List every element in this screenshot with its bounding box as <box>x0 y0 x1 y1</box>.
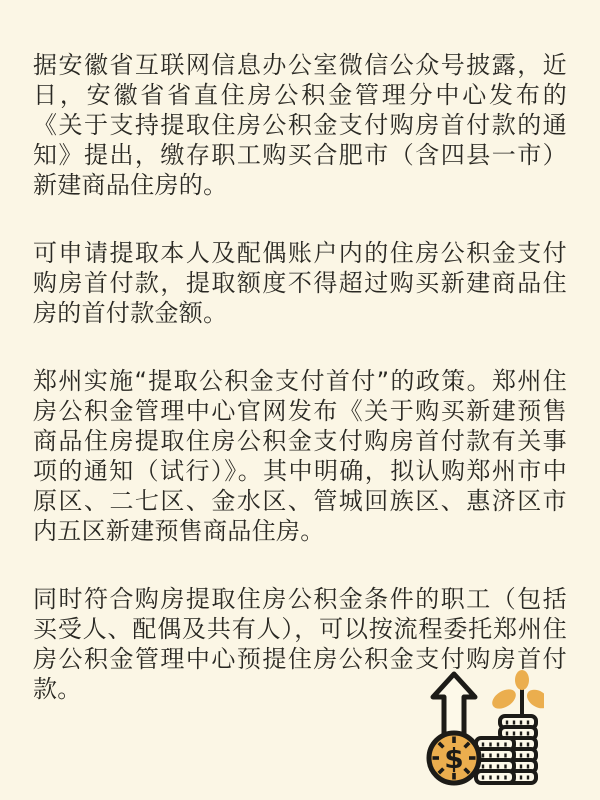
dollar-sign: $ <box>444 742 463 775</box>
sprout-icon <box>489 670 544 718</box>
dollar-coin-icon: $ <box>429 733 479 783</box>
article-body: 据安徽省互联网信息办公室微信公众号披露，近日，安徽省省直住房公积金管理分中心发布… <box>0 0 600 704</box>
money-growth-illustration: $ <box>426 670 544 786</box>
coin-stack-short <box>476 738 514 783</box>
paragraph-3: 郑州实施“提取公积金支付首付”的政策。郑州住房公积金管理中心官网发布《关于购买新… <box>33 366 567 546</box>
money-growth-svg: $ <box>426 670 544 786</box>
paragraph-1: 据安徽省互联网信息办公室微信公众号披露，近日，安徽省省直住房公积金管理分中心发布… <box>33 50 567 200</box>
paragraph-2: 可申请提取本人及配偶账户内的住房公积金支付购房首付款，提取额度不得超过购买新建商… <box>33 238 567 328</box>
up-arrow-icon <box>433 674 475 736</box>
